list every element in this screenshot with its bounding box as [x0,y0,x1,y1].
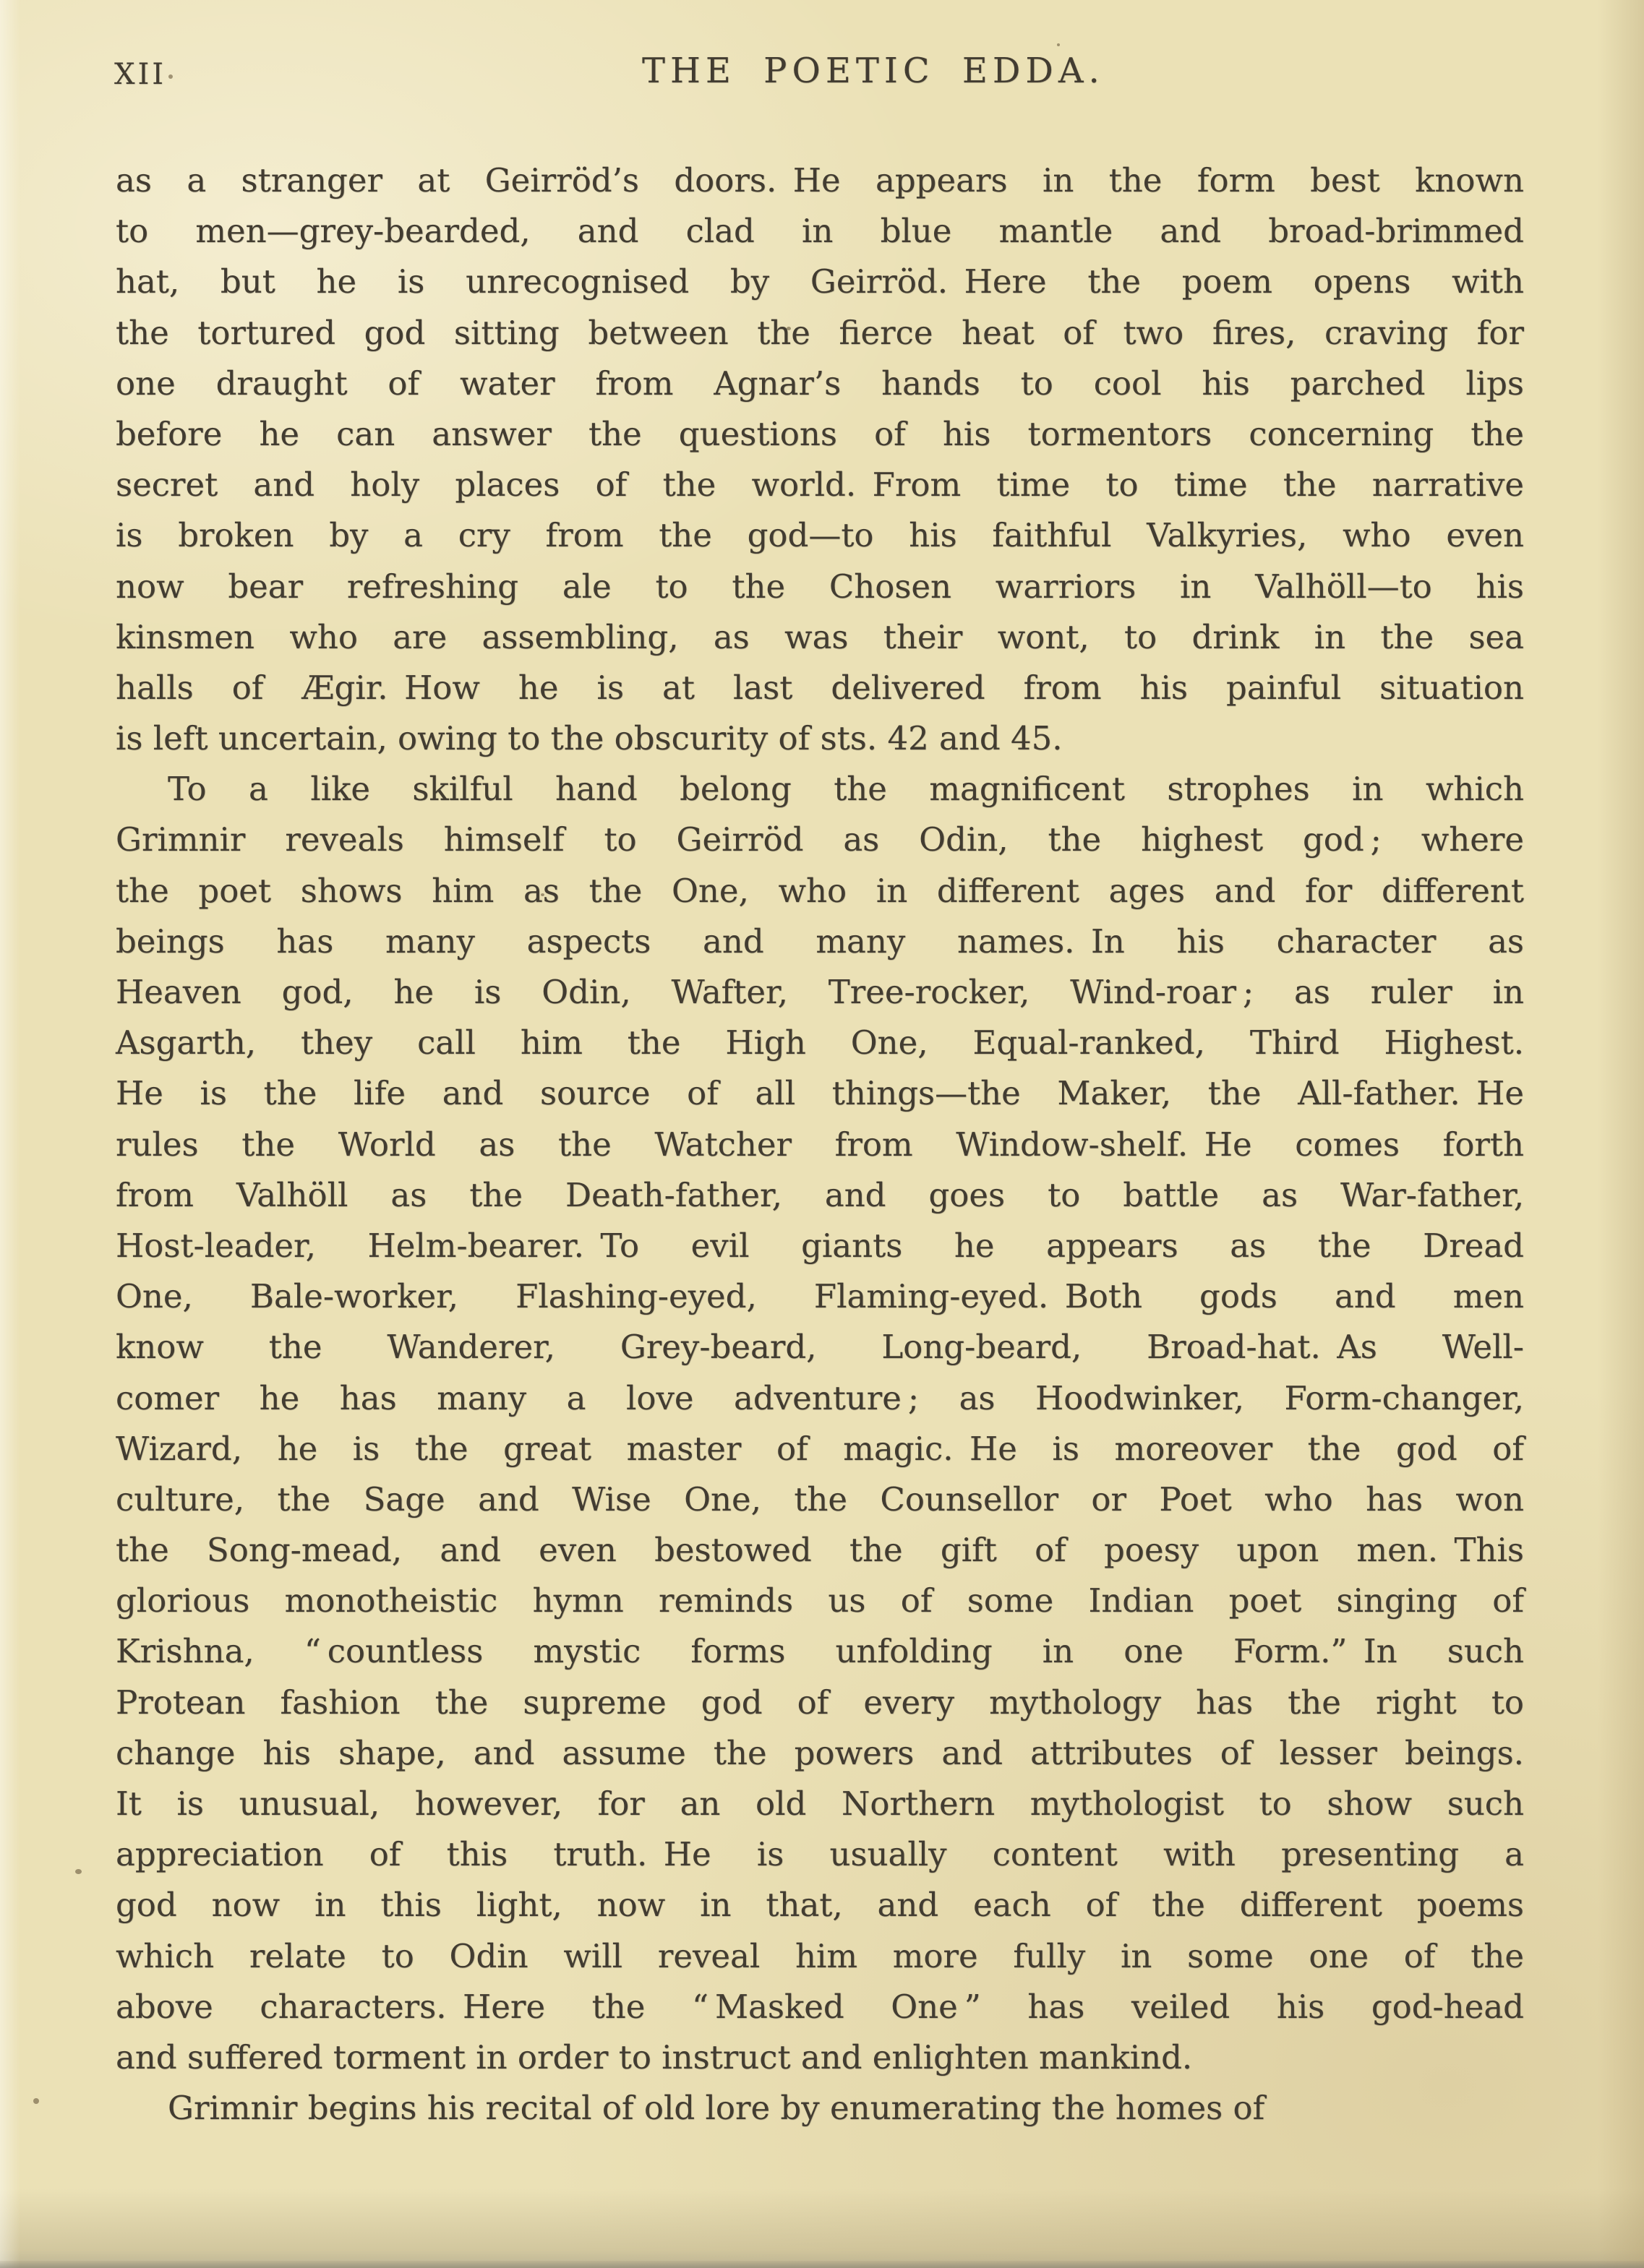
paper-speck [1057,43,1060,46]
text-line: Heaven god, he is Odin, Wafter, Tree-roc… [116,967,1524,1018]
text-line: secret and holy places of the world. Fro… [116,460,1524,510]
text-line: halls of Ægir. How he is at last deliver… [116,663,1524,713]
text-line: To a like skilful hand belong the magnif… [116,764,1524,815]
text-line: Krishna, “ countless mystic forms unfold… [116,1626,1524,1677]
text-line: the tortured god sitting between the fie… [116,308,1524,358]
scan-bottom-edge [0,2261,1644,2268]
text-line: One, Bale-worker, Flashing-eyed, Flaming… [116,1271,1524,1322]
text-line: and suffered torment in order to instruc… [116,2032,1524,2083]
text-line: comer he has many a love adventure ; as … [116,1373,1524,1424]
text-line: kinsmen who are assembling, as was their… [116,612,1524,663]
text-line: appreciation of this truth. He is usuall… [116,1829,1524,1880]
text-line: rules the World as the Watcher from Wind… [116,1120,1524,1170]
text-line: Protean fashion the supreme god of every… [116,1678,1524,1728]
paper-speck [168,74,173,79]
text-line: hat, but he is unrecognised by Geirröd. … [116,257,1524,307]
text-line: Asgarth, they call him the High One, Equ… [116,1018,1524,1068]
text-line: Wizard, he is the great master of magic.… [116,1424,1524,1474]
text-line: from Valhöll as the Death-father, and go… [116,1170,1524,1221]
text-line: is broken by a cry from the god—to his f… [116,510,1524,561]
text-line: which relate to Odin will reveal him mor… [116,1931,1524,1982]
text-line: as a stranger at Geirröd’s doors. He app… [116,155,1524,206]
text-line: the Song-mead, and even bestowed the gif… [116,1525,1524,1576]
text-line: before he can answer the questions of hi… [116,409,1524,460]
text-line: is left uncertain, owing to the obscurit… [116,713,1524,764]
text-line: know the Wanderer, Grey-beard, Long-bear… [116,1322,1524,1373]
paper-speck [33,2098,39,2104]
text-line: It is unusual, however, for an old North… [116,1779,1524,1829]
text-line: one draught of water from Agnar’s hands … [116,358,1524,409]
text-line: culture, the Sage and Wise One, the Coun… [116,1474,1524,1525]
paper-speck [541,893,544,896]
page-number: XII [114,58,166,91]
text-line: now bear refreshing ale to the Chosen wa… [116,562,1524,612]
text-line: change his shape, and assume the powers … [116,1728,1524,1779]
text-line: to men—grey-bearded, and clad in blue ma… [116,206,1524,257]
text-line: glorious monotheistic hymn reminds us of… [116,1576,1524,1626]
text-line: the poet shows him as the One, who in di… [116,866,1524,916]
book-page: XII THE POETIC EDDA. as a stranger at Ge… [0,0,1644,2268]
page-body: as a stranger at Geirröd’s doors. He app… [116,155,1524,2134]
text-line: god now in this light, now in that, and … [116,1880,1524,1930]
text-line: He is the life and source of all things—… [116,1068,1524,1119]
text-line: above characters. Here the “ Masked One … [116,1982,1524,2032]
text-line: Grimnir begins his recital of old lore b… [116,2083,1524,2134]
running-title: THE POETIC EDDA. [642,51,1105,91]
text-line: Host-leader, Helm-bearer. To evil giants… [116,1221,1524,1271]
paper-speck [787,327,791,330]
text-line: beings has many aspects and many names. … [116,916,1524,967]
text-line: Grimnir reveals himself to Geirröd as Od… [116,815,1524,865]
paper-speck [75,1869,82,1874]
paper-speck [353,173,356,177]
